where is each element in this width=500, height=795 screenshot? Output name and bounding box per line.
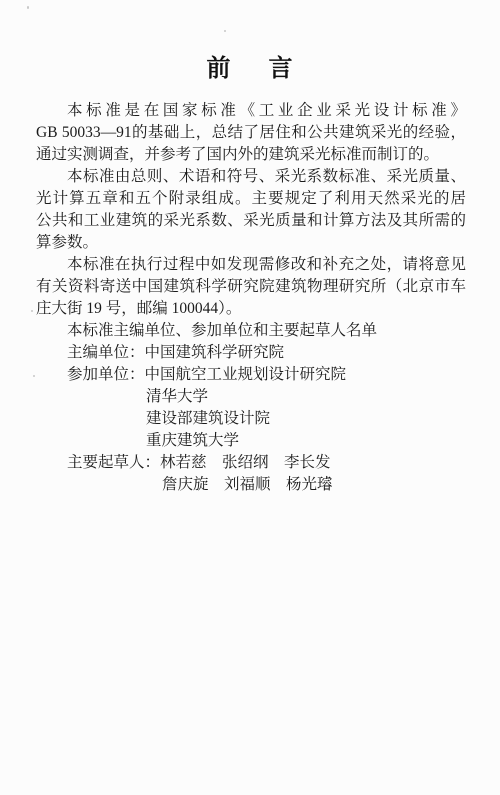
participating-unit-line: 重庆建筑大学 [36,430,466,452]
scan-speck [27,6,29,9]
page-title: 前 言 [0,48,500,83]
list-heading-line: 本标准主编单位、参加单位和主要起草人名单 [36,320,466,342]
paragraph-line: GB 50033—91的基础上，总结了居住和公共建筑采光的经验， [36,122,466,144]
paragraph-line: 通过实测调查，并参考了国内外的建筑采光标准而制订的。 [36,144,466,166]
participating-unit-line: 建设部建筑设计院 [36,408,466,430]
scan-speck [31,310,33,312]
paragraph-line: 公共和工业建筑的采光系数、采光质量和计算方法及其所需的计 [36,210,466,232]
participating-unit-line: 清华大学 [36,386,466,408]
chief-editor-unit-line: 主编单位：中国建筑科学研究院 [36,342,466,364]
drafters-line: 主要起草人：林若慈 张绍纲 李长发 [36,452,466,474]
paragraph-line: 光计算五章和五个附录组成。主要规定了利用天然采光的居住、 [36,188,466,210]
drafters-line: 詹庆旋 刘福顺 杨光璿 [36,474,466,496]
participating-unit-line: 参加单位：中国航空工业规划设计研究院 [36,364,466,386]
paragraph-line: 有关资料寄送中国建筑科学研究院建筑物理研究所（北京市车公 [36,276,466,298]
document-page: 前 言 本标准是在国家标准《工业企业采光设计标准》 GB 50033—91的基础… [0,0,500,795]
scan-speck [224,30,226,32]
paragraph-line: 本标准是在国家标准《工业企业采光设计标准》 [36,100,466,122]
paragraph-line: 算参数。 [36,232,466,254]
paragraph-line: 本标准在执行过程中如发现需修改和补充之处，请将意见和 [36,254,466,276]
document-body: 本标准是在国家标准《工业企业采光设计标准》 GB 50033—91的基础上，总结… [36,100,466,496]
paragraph-line: 庄大街 19 号，邮编 100044）。 [36,298,466,320]
paragraph-line: 本标准由总则、术语和符号、采光系数标准、采光质量、采 [36,166,466,188]
scan-speck [33,375,35,377]
